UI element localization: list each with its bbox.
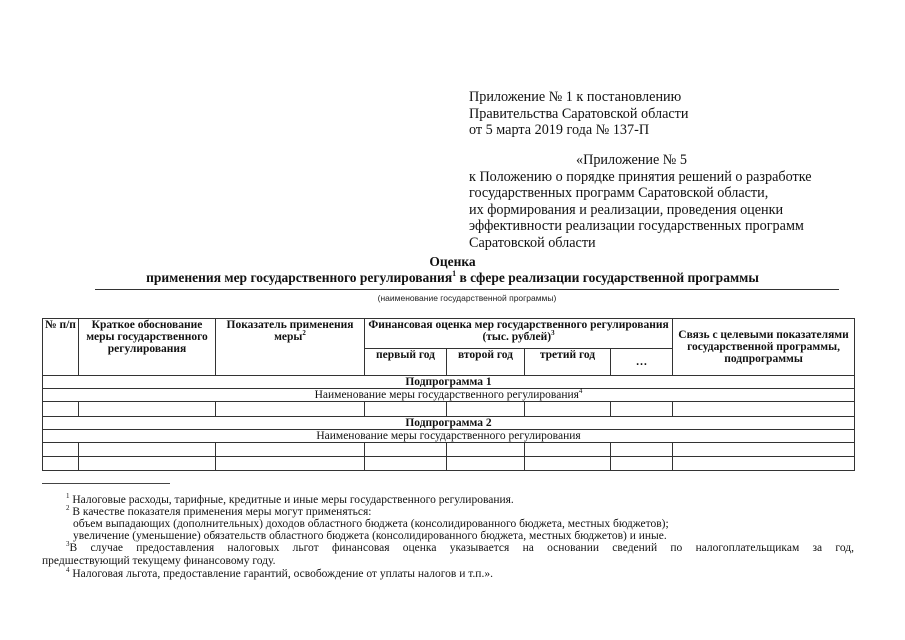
table-cell — [365, 443, 447, 457]
footnote-number: 2 — [66, 504, 70, 512]
title-text: применения мер государственного регулиро… — [146, 270, 452, 285]
header-indicator: Показатель применения меры2 — [216, 319, 365, 376]
annex-line: от 5 марта 2019 года № 137-П — [469, 122, 688, 139]
header-year-1: первый год — [365, 349, 447, 376]
header-text: Финансовая оценка мер государственного р… — [368, 319, 668, 343]
footnote-3-cont: предшествующий текущему финансовому году… — [42, 555, 276, 567]
table-cell — [611, 402, 673, 417]
header-year-3: третий год — [525, 349, 611, 376]
footnote-2-item: увеличение (уменьшение) обязательств обл… — [73, 530, 667, 542]
annex-header: Приложение № 1 к постановлению Правитель… — [469, 89, 688, 139]
table-cell — [79, 402, 216, 417]
annex-sub-line: «Приложение № 5 — [469, 152, 812, 169]
table-cell — [447, 443, 525, 457]
footnote-ref: 2 — [302, 329, 306, 337]
annex-sub-line: государственных программ Саратовской обл… — [469, 185, 812, 202]
table-cell — [525, 402, 611, 417]
table-cell — [365, 457, 447, 471]
annex-sub-line: к Положению о порядке принятия решений о… — [469, 169, 812, 186]
header-justification: Краткое обоснование меры государственног… — [79, 319, 216, 376]
annex-line: Приложение № 1 к постановлению — [469, 89, 688, 106]
footnote-2: 2 В качестве показателя применения меры … — [66, 506, 371, 518]
subprogram-1-row: Подпрограмма 1 — [43, 376, 855, 389]
footnote-text: Налоговая льгота, предоставление гаранти… — [72, 568, 493, 580]
table-cell — [79, 443, 216, 457]
program-name-label: (наименование государственной программы) — [95, 293, 839, 303]
title-text: в сфере реализации государственной прогр… — [456, 270, 759, 285]
table-cell — [611, 457, 673, 471]
header-financial: Финансовая оценка мер государственного р… — [365, 319, 673, 349]
footnote-text: В случае предоставления налоговых льгот … — [70, 542, 855, 554]
table-cell — [525, 443, 611, 457]
table-cell — [43, 402, 79, 417]
table-cell — [525, 457, 611, 471]
footnote-ref: 3 — [551, 329, 555, 337]
table-row — [43, 457, 855, 471]
annex-sub-line: Саратовской области — [469, 235, 812, 252]
table-cell — [365, 402, 447, 417]
annex-line: Правительства Саратовской области — [469, 106, 688, 123]
footnote-1: 1 Налоговые расходы, тарифные, кредитные… — [66, 494, 514, 506]
table-cell — [447, 402, 525, 417]
header-link: Связь с целевыми показателями государств… — [673, 319, 855, 376]
footnote-text: Налоговые расходы, тарифные, кредитные и… — [72, 494, 513, 506]
footnote-3: 3В случае предоставления налоговых льгот… — [42, 542, 854, 554]
program-name-line — [95, 289, 839, 290]
annex-sub-line: эффективности реализации государственных… — [469, 218, 812, 235]
footnote-number: 1 — [66, 492, 70, 500]
title-line-2: применения мер государственного регулиро… — [0, 270, 905, 286]
table-cell — [673, 402, 855, 417]
table-cell — [216, 443, 365, 457]
table-cell — [43, 443, 79, 457]
header-text: Показатель применения меры — [227, 319, 354, 343]
annex-sub-header: «Приложение № 5 к Положению о порядке пр… — [469, 152, 812, 251]
table-cell — [447, 457, 525, 471]
footnote-4: 4 Налоговая льгота, предоставление гаран… — [66, 568, 493, 580]
document-title: Оценка применения мер государственного р… — [0, 254, 905, 286]
table-cell — [216, 457, 365, 471]
table-row — [43, 443, 855, 457]
subprogram-2-row: Подпрограмма 2 — [43, 417, 855, 430]
table-cell — [611, 443, 673, 457]
table-cell — [673, 457, 855, 471]
table-cell — [673, 443, 855, 457]
annex-sub-line: их формирования и реализации, проведения… — [469, 202, 812, 219]
header-num: № п/п — [43, 319, 79, 376]
evaluation-table: № п/п Краткое обоснование меры государст… — [42, 318, 855, 471]
footnote-ref: 4 — [579, 387, 583, 395]
measure-name-row: Наименование меры государственного регул… — [43, 430, 855, 443]
table-row — [43, 402, 855, 417]
header-year-more: … — [611, 349, 673, 376]
table-cell — [216, 402, 365, 417]
measure-name: Наименование меры государственного регул… — [315, 389, 579, 401]
measure-name-row: Наименование меры государственного регул… — [43, 389, 855, 402]
table-cell — [43, 457, 79, 471]
header-year-2: второй год — [447, 349, 525, 376]
footnote-text: В качестве показателя применения меры мо… — [72, 506, 371, 518]
footnote-separator — [42, 483, 170, 484]
table-cell — [79, 457, 216, 471]
footnote-2-item: объем выпадающих (дополнительных) доходо… — [73, 518, 669, 530]
footnote-number: 4 — [66, 566, 70, 574]
title-line-1: Оценка — [0, 254, 905, 270]
